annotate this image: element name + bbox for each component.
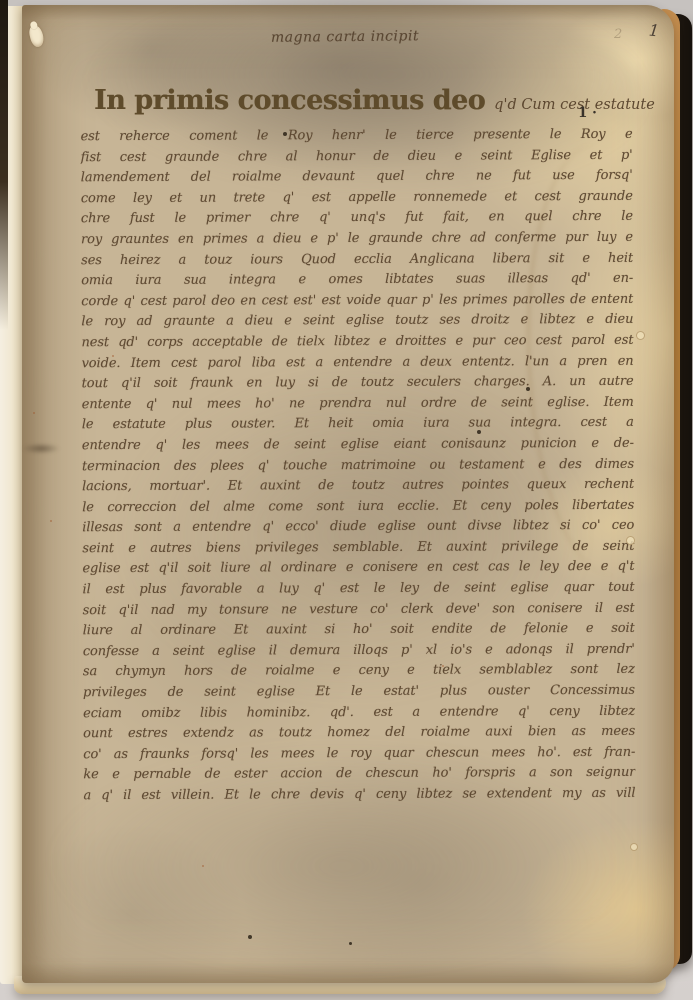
folio-number: 1	[643, 20, 665, 41]
manuscript-text-line: entendre q' les mees de seint eglise eia…	[82, 434, 634, 457]
incipit-continuation: q'd Cum cest estatute	[494, 97, 655, 113]
worm-hole	[349, 942, 352, 945]
manuscript-text-line: co' as fraunks forsq' les mees le roy qu…	[83, 743, 635, 766]
manuscript-text-line: entente q' nul mees ho' ne prendra nul o…	[82, 393, 634, 416]
manuscript-text-line: ses heirez a touz iours Quod ecclia Angl…	[81, 248, 633, 271]
manuscript-text-line: lamendement del roialme devaunt quel chr…	[81, 166, 633, 189]
manuscript-text-line: terminacion des plees q' touche matrimoi…	[82, 454, 634, 477]
manuscript-text-line: lacions, mortuar'. Et auxint de toutz au…	[82, 475, 634, 498]
manuscript-text-line: a q' il est villein. Et le chre devis q'…	[83, 784, 635, 807]
ink-speck	[526, 387, 530, 391]
incipit-display-text: In primis concessimus deo	[94, 85, 485, 116]
manuscript-text-block: est reherce coment le Roy henr' le tierc…	[81, 125, 636, 807]
manuscript-text-line: illesas sont a entendre q' ecco' diude e…	[82, 516, 634, 539]
pinprick	[50, 520, 52, 522]
manuscript-text-line: voide. Item cest parol liba est a entend…	[82, 351, 634, 374]
manuscript-text-line: seint e autres biens privileges semblabl…	[82, 537, 634, 560]
pale-fleck	[630, 843, 638, 851]
pale-fleck	[626, 536, 635, 545]
manuscript-text-line: eciam omibz libis hominibz. qd'. est a e…	[83, 701, 635, 724]
manuscript-text-line: roy grauntes en primes a dieu e p' le gr…	[81, 228, 633, 251]
gutter-smudge	[22, 443, 60, 454]
manuscript-text-line: corde q' cest parol deo en cest est' est…	[81, 290, 633, 313]
parchment-page: magna carta incipit 2 1 In primis conces…	[22, 5, 674, 983]
spine-shadow	[0, 0, 8, 330]
manuscript-text-line: nest qd' corps acceptable de tielx libte…	[81, 331, 633, 354]
manuscript-text-line: confesse a seint eglise il demura illoqs…	[83, 640, 635, 663]
ink-speck	[477, 430, 481, 434]
ink-speck	[283, 132, 287, 136]
worm-hole	[248, 935, 252, 939]
manuscript-text-line: le correccion del alme come sont iura ec…	[82, 495, 634, 518]
manuscript-text-line: est reherce coment le Roy henr' le tierc…	[81, 125, 633, 148]
manuscript-text-line: privileges de seint eglise Et le estat' …	[83, 681, 635, 704]
manuscript-text-line: come ley et un trete q' est appelle ronn…	[81, 187, 633, 210]
pinprick	[112, 355, 114, 357]
manuscript-text-line: ount estres extendz as toutz homez del r…	[83, 722, 635, 745]
pinprick	[33, 412, 35, 414]
manuscript-text-line: chre fust le primer chre q' unq's fut fa…	[81, 207, 633, 230]
running-title: magna carta incipit	[260, 28, 430, 46]
offset-ink-mark: 2	[614, 27, 622, 42]
manuscript-text-line: omia iura sua integra e omes libtates su…	[81, 269, 633, 292]
incipit-line: In primis concessimus deoq'd Cum cest es…	[94, 85, 656, 116]
manuscript-text-line: fist cest graunde chre al honur de dieu …	[81, 145, 633, 168]
manuscript-text-line: liure al ordinare Et auxint si ho' soit …	[83, 619, 635, 642]
manuscript-text-line: tout q'il soit fraunk en luy si de toutz…	[82, 372, 634, 395]
manuscript-text-line: le estatute plus ouster. Et heit omia iu…	[82, 413, 634, 436]
manuscript-text-line: eglise est q'il soit liure al ordinare e…	[82, 557, 634, 580]
pale-fleck	[636, 331, 645, 340]
manuscript-text-line: sa chymyn hors de roialme e ceny e tielx…	[83, 660, 635, 683]
manuscript-text-line: ke e pernable de ester accion de chescun…	[83, 763, 635, 786]
manuscript-text-line: soit q'il nad my tonsure ne vesture co' …	[83, 598, 635, 621]
pinprick	[442, 665, 444, 667]
photo-backdrop: magna carta incipit 2 1 In primis conces…	[0, 0, 693, 1000]
pinprick	[202, 865, 204, 867]
chapter-number: 1 ·	[578, 105, 597, 121]
manuscript-text-line: le roy ad graunte a dieu e seint eglise …	[81, 310, 633, 333]
parchment-hole	[28, 24, 46, 48]
manuscript-text-line: il est plus favorable a luy q' est le le…	[82, 578, 634, 601]
